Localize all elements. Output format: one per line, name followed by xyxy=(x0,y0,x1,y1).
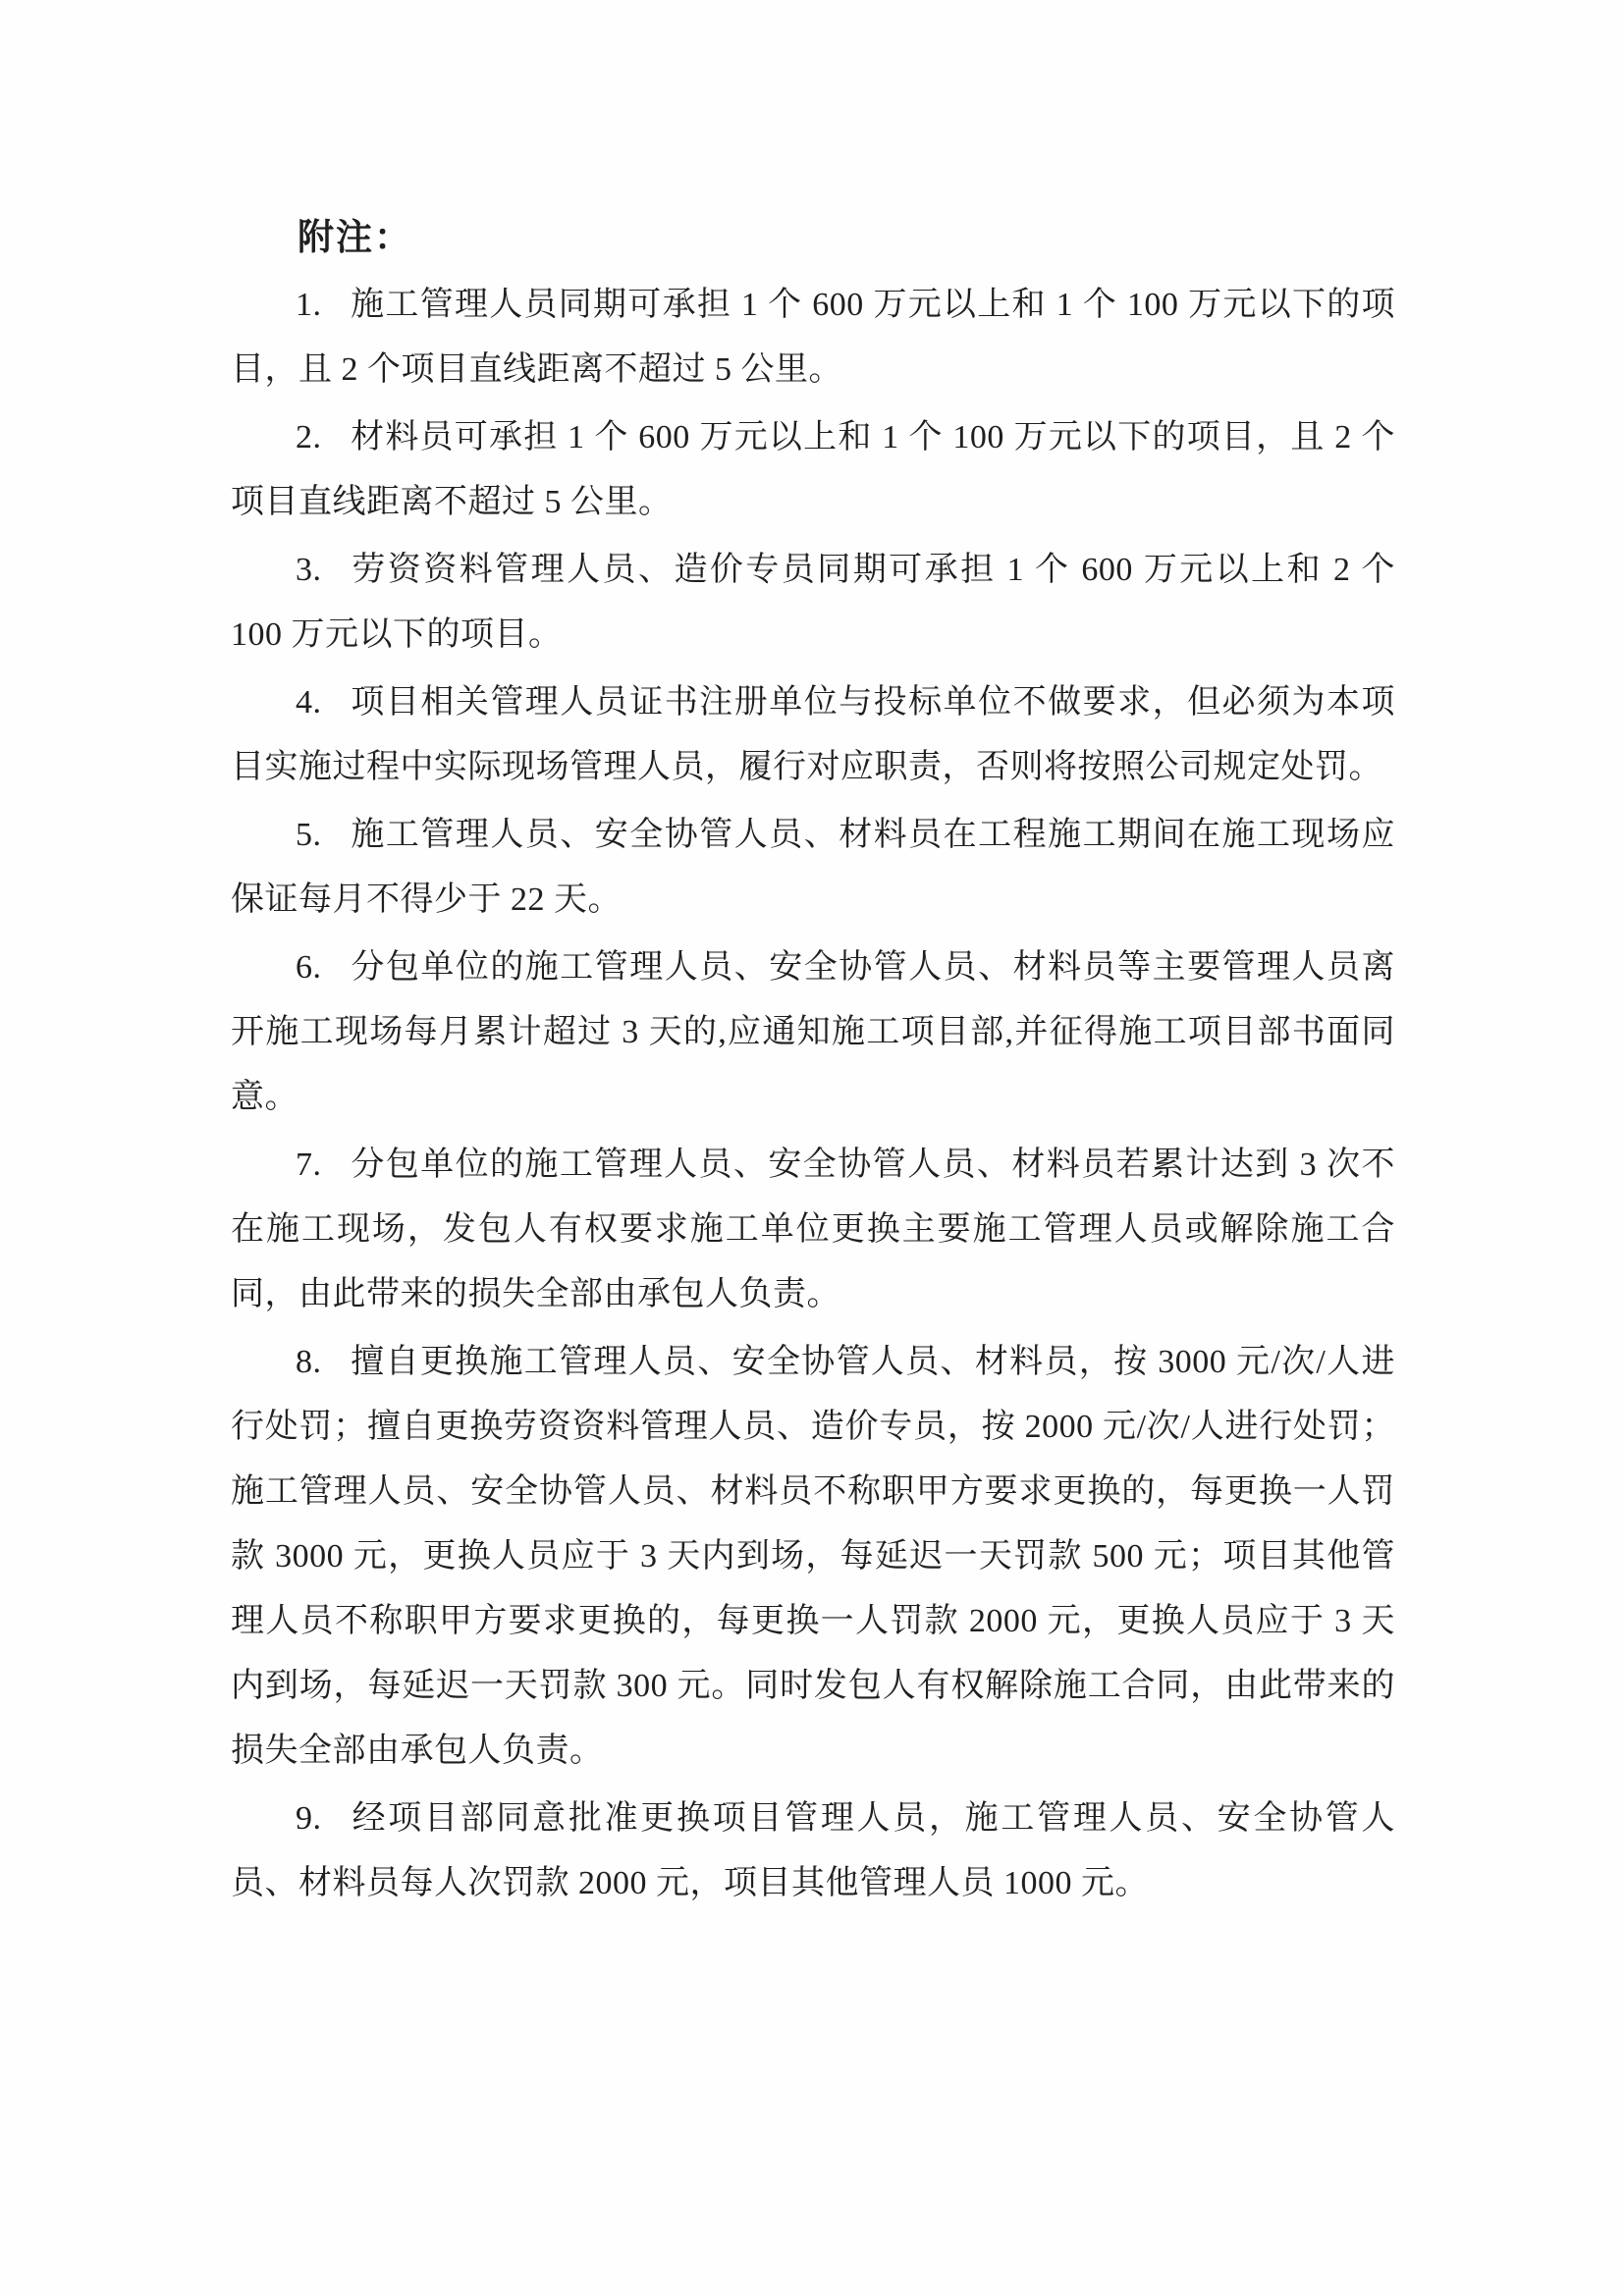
note-text-1: 施工管理人员同期可承担 1 个 600 万元以上和 1 个 100 万元以下的项… xyxy=(231,287,1395,388)
note-number-2: 2. xyxy=(296,419,350,455)
note-item-5: 5.施工管理人员、安全协管人员、材料员在工程施工期间在施工现场应保证每月不得少于… xyxy=(231,803,1395,933)
note-text-7: 分包单位的施工管理人员、安全协管人员、材料员若累计达到 3 次不在施工现场，发包… xyxy=(231,1147,1395,1312)
note-number-4: 4. xyxy=(296,684,350,721)
note-text-6: 分包单位的施工管理人员、安全协管人员、材料员等主要管理人员离开施工现场每月累计超… xyxy=(231,949,1395,1115)
note-text-9: 经项目部同意批准更换项目管理人员，施工管理人员、安全协管人员、材料员每人次罚款 … xyxy=(231,1800,1395,1901)
note-text-5: 施工管理人员、安全协管人员、材料员在工程施工期间在施工现场应保证每月不得少于 2… xyxy=(231,817,1395,918)
notes-section: 附注： 1.施工管理人员同期可承担 1 个 600 万元以上和 1 个 100 … xyxy=(231,206,1395,1919)
note-text-3: 劳资资料管理人员、造价专员同期可承担 1 个 600 万元以上和 2 个 100… xyxy=(231,552,1395,653)
note-text-4: 项目相关管理人员证书注册单位与投标单位不做要求，但必须为本项目实施过程中实际现场… xyxy=(231,684,1395,785)
note-item-2: 2.材料员可承担 1 个 600 万元以上和 1 个 100 万元以下的项目，且… xyxy=(231,405,1395,535)
note-text-8: 擅自更换施工管理人员、安全协管人员、材料员，按 3000 元/次/人进行处罚；擅… xyxy=(231,1344,1395,1769)
document-page: 附注： 1.施工管理人员同期可承担 1 个 600 万元以上和 1 个 100 … xyxy=(0,0,1624,2296)
note-item-8: 8.擅自更换施工管理人员、安全协管人员、材料员，按 3000 元/次/人进行处罚… xyxy=(231,1330,1395,1784)
note-item-4: 4.项目相关管理人员证书注册单位与投标单位不做要求，但必须为本项目实施过程中实际… xyxy=(231,670,1395,800)
note-number-7: 7. xyxy=(296,1147,350,1183)
note-item-1: 1.施工管理人员同期可承担 1 个 600 万元以上和 1 个 100 万元以下… xyxy=(231,273,1395,402)
note-number-5: 5. xyxy=(296,817,350,853)
note-number-9: 9. xyxy=(296,1800,350,1837)
note-item-6: 6.分包单位的施工管理人员、安全协管人员、材料员等主要管理人员离开施工现场每月累… xyxy=(231,935,1395,1130)
note-number-6: 6. xyxy=(296,949,350,986)
note-item-9: 9.经项目部同意批准更换项目管理人员，施工管理人员、安全协管人员、材料员每人次罚… xyxy=(231,1787,1395,1916)
note-number-1: 1. xyxy=(296,287,350,323)
note-number-3: 3. xyxy=(296,552,350,588)
note-item-3: 3.劳资资料管理人员、造价专员同期可承担 1 个 600 万元以上和 2 个 1… xyxy=(231,538,1395,667)
note-text-2: 材料员可承担 1 个 600 万元以上和 1 个 100 万元以下的项目，且 2… xyxy=(231,419,1395,520)
notes-heading: 附注： xyxy=(298,206,1395,271)
note-number-8: 8. xyxy=(296,1344,350,1380)
note-item-7: 7.分包单位的施工管理人员、安全协管人员、材料员若累计达到 3 次不在施工现场，… xyxy=(231,1133,1395,1327)
